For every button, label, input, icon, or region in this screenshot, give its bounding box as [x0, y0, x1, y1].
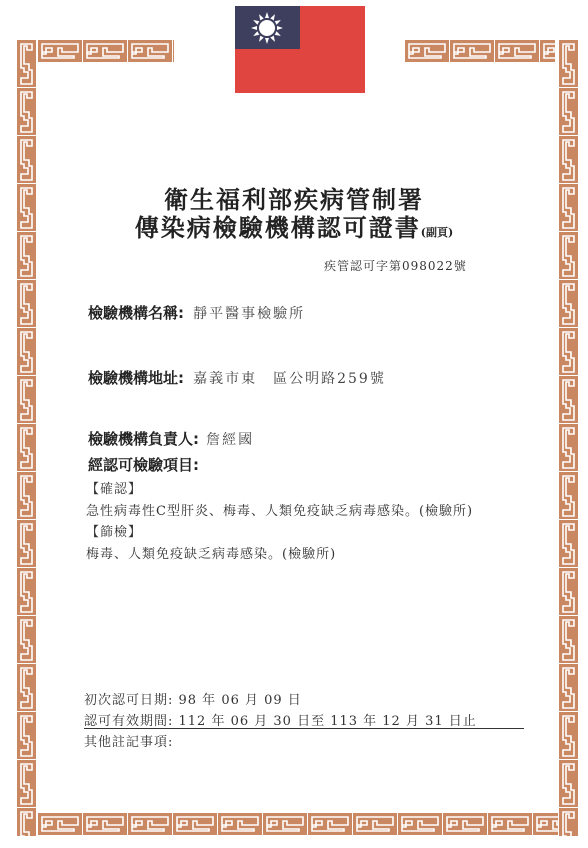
- institution-address-row: 檢驗機構地址: 嘉義市東 區公明路259號: [88, 367, 386, 388]
- flag-canton: [235, 6, 300, 49]
- border-bottom: [38, 813, 558, 835]
- item-detail-screen: 梅毒、人類免疫缺乏病毒感染。(檢驗所): [86, 543, 336, 562]
- certificate-title: 傳染病檢驗機構認可證書(副頁): [0, 208, 588, 243]
- border-left: [17, 40, 36, 836]
- approved-items-label: 經認可檢驗項目:: [88, 454, 199, 475]
- institution-head-label: 檢驗機構負責人:: [88, 430, 199, 448]
- item-category-confirm: 【確認】: [86, 478, 142, 497]
- validity-period: 認可有效期間: 112 年 06 月 30 日至 113 年 12 月 31 日…: [84, 710, 477, 729]
- border-top-right: [405, 40, 555, 62]
- institution-head-value: 詹經國: [206, 432, 254, 448]
- institution-head-row: 檢驗機構負責人: 詹經國: [88, 428, 254, 449]
- sun-icon: [235, 6, 300, 49]
- validity-underline: [84, 728, 524, 729]
- institution-address-label: 檢驗機構地址:: [88, 369, 184, 387]
- institution-name-label: 檢驗機構名稱:: [88, 304, 184, 322]
- item-category-screen: 【篩檢】: [86, 521, 142, 540]
- national-flag: [235, 6, 365, 93]
- institution-name-value: 靜平醫事檢驗所: [193, 306, 305, 322]
- copy-marker: (副頁): [421, 226, 453, 239]
- border-right: [559, 40, 578, 836]
- remarks-label: 其他註記事項:: [84, 731, 173, 750]
- item-detail-confirm: 急性病毒性C型肝炎、梅毒、人類免疫缺乏病毒感染。(檢驗所): [86, 500, 473, 519]
- certificate-title-text: 傳染病檢驗機構認可證書: [135, 213, 421, 242]
- initial-approval-date: 初次認可日期: 98 年 06 月 09 日: [84, 689, 302, 708]
- border-top-left: [38, 40, 174, 62]
- reference-number: 疾管認可字第098022號: [324, 257, 467, 274]
- institution-name-row: 檢驗機構名稱: 靜平醫事檢驗所: [88, 302, 305, 323]
- institution-address-value: 嘉義市東 區公明路259號: [193, 371, 386, 387]
